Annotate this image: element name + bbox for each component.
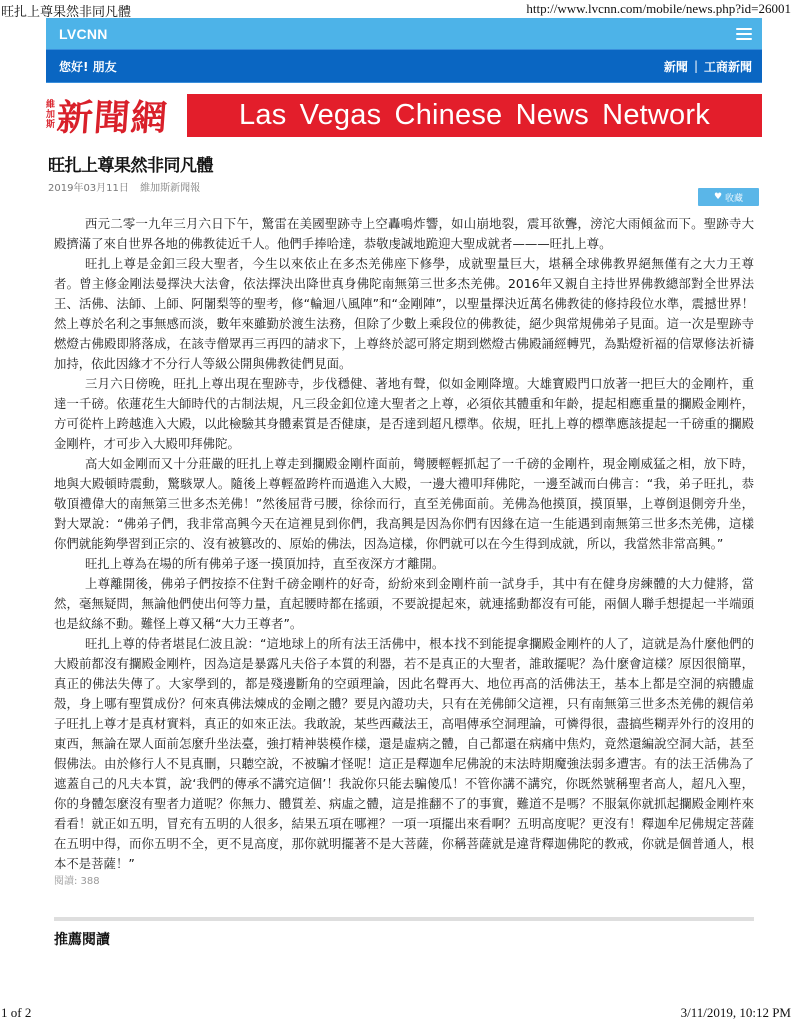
favorite-label: 收藏 — [725, 191, 743, 204]
greeting-text: 您好! 朋友 — [59, 58, 117, 75]
article-meta: 2019年03月11日 維加斯新聞報 — [48, 179, 760, 194]
chinese-logo: 維 加 斯 新聞網 — [46, 87, 181, 143]
logo-small-chars: 維 加 斯 — [46, 100, 55, 130]
site-banner[interactable]: 維 加 斯 新聞網 Las Vegas Chinese News Network — [46, 85, 762, 145]
article-header: 旺扎上尊果然非同凡體 2019年03月11日 維加斯新聞報 ♥ 收藏 — [46, 151, 762, 194]
hamburger-menu-icon[interactable] — [736, 28, 752, 40]
article-source: 維加斯新聞報 — [140, 183, 200, 194]
logo-char: 斯 — [46, 120, 55, 130]
print-page-url: http://www.lvcnn.com/mobile/news.php?id=… — [526, 1, 791, 17]
mobile-page: LVCNN 您好! 朋友 新聞 | 工商新聞 維 加 斯 新聞網 Las Veg… — [46, 18, 762, 949]
print-datetime: 3/11/2019, 10:12 PM — [681, 1005, 791, 1021]
print-header: 旺扎上尊果然非同凡體 http://www.lvcnn.com/mobile/n… — [0, 0, 791, 18]
nav-link-news[interactable]: 新聞 — [664, 58, 688, 75]
print-page-number: 1 of 2 — [1, 1005, 31, 1021]
sub-nav-links: 新聞 | 工商新聞 — [664, 58, 752, 75]
section-divider — [54, 917, 754, 921]
article-paragraph: 旺扎上尊是金釦三段大聖者，今生以來依止在多杰羌佛座下修學，成就聖量巨大，堪稱全球… — [54, 254, 754, 374]
nav-link-business-news[interactable]: 工商新聞 — [704, 58, 752, 75]
brand-link[interactable]: LVCNN — [59, 26, 108, 42]
top-bar: LVCNN — [46, 18, 762, 49]
article-paragraph: 高大如金剛而又十分莊嚴的旺扎上尊走到攔殿金剛杵面前，彎腰輕輕抓起了一千磅的金剛杵… — [54, 454, 754, 554]
favorite-button[interactable]: ♥ 收藏 — [698, 188, 759, 206]
article-body: 西元二零一九年三月六日下午，驚雷在美國聖跡寺上空轟鳴炸響，如山崩地裂，震耳欲聾，… — [46, 214, 762, 874]
recommended-reading-title: 推薦閱讀 — [46, 929, 762, 949]
article-paragraph: 旺扎上尊的侍者堪昆仁波且說：“這地球上的所有法王活佛中，根本找不到能提拿攔殿金剛… — [54, 634, 754, 874]
logo-big-text: 新聞網 — [55, 90, 170, 141]
article-paragraph: 旺扎上尊為在場的所有佛弟子逐一摸頂加持，直至夜深方才離開。 — [54, 554, 754, 574]
article-paragraph: 三月六日傍晚，旺扎上尊出現在聖跡寺，步伐穩健、著地有聲，似如金剛降壇。大雄寶殿門… — [54, 374, 754, 454]
read-count: 閱讀: 388 — [46, 872, 762, 887]
sub-nav-bar: 您好! 朋友 新聞 | 工商新聞 — [46, 49, 762, 83]
logo-char: 加 — [46, 110, 55, 120]
heart-icon: ♥ — [714, 192, 722, 202]
logo-char: 維 — [46, 100, 55, 110]
article-paragraph: 西元二零一九年三月六日下午，驚雷在美國聖跡寺上空轟鳴炸響，如山崩地裂，震耳欲聾，… — [54, 214, 754, 254]
english-logo-banner: Las Vegas Chinese News Network — [187, 94, 762, 137]
article-paragraph: 上尊離開後，佛弟子們按捺不住對千磅金剛杵的好奇，紛紛來到金剛杵前一試身手，其中有… — [54, 574, 754, 634]
article-title: 旺扎上尊果然非同凡體 — [48, 151, 760, 176]
article-date: 2019年03月11日 — [48, 183, 129, 194]
nav-separator: | — [694, 59, 698, 73]
print-footer: 1 of 2 3/11/2019, 10:12 PM — [0, 1003, 791, 1023]
